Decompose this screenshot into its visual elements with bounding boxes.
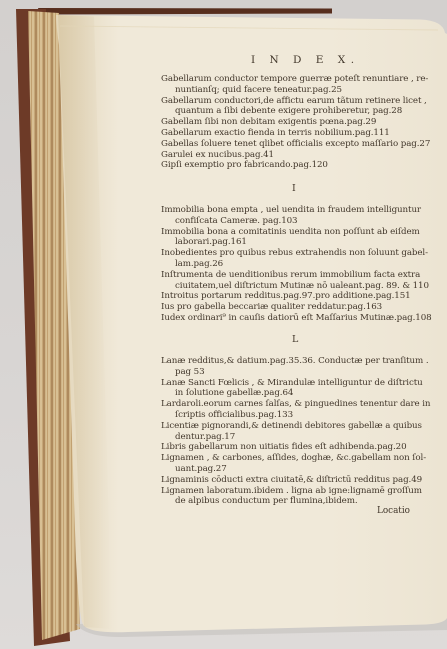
index-entry-line: dentur.pag.17 bbox=[175, 432, 235, 442]
index-entry-line: ciuitatem,uel diſtrictum Mutinæ nō ualea… bbox=[175, 281, 429, 291]
section-letter-header: L bbox=[292, 334, 298, 345]
page-text: I N D E X. Gabellarum conductor tempore … bbox=[0, 0, 447, 649]
index-entry-line: Gipſi exemptio pro fabricando.pag.120 bbox=[161, 160, 328, 170]
index-entry-line: nuntianſq; quid facere teneatur.pag.25 bbox=[175, 85, 342, 95]
index-entry-line: ſcriptis officialibus.pag.133 bbox=[175, 410, 293, 420]
book-photo: I N D E X. Gabellarum conductor tempore … bbox=[0, 0, 447, 649]
index-entry-line: Immobilia bona empta , uel uendita in fr… bbox=[161, 205, 421, 215]
index-entry-line: uant.pag.27 bbox=[175, 464, 227, 474]
index-entry-line: lam.pag.26 bbox=[175, 259, 223, 269]
index-entry-line: Inſtrumenta de uenditionibus rerum immob… bbox=[161, 270, 420, 280]
index-entry-line: Libris gabellarum non uitiatis fides eſt… bbox=[161, 442, 407, 452]
index-entry-line: Licentiæ pignorandi,& detinendi debitore… bbox=[161, 421, 422, 431]
index-entry-line: Gabellas ſoluere tenet qlibet officialis… bbox=[161, 139, 430, 149]
index-entry-line: Introitus portarum redditus.pag.97.pro a… bbox=[161, 291, 411, 301]
index-entry-line: Gabellarum exactio fienda in terris nobi… bbox=[161, 128, 390, 138]
index-entry-line: Gabellarum conductor tempore guerræ pote… bbox=[161, 74, 428, 84]
index-entry-line: de alpibus conductum per flumina,ibidem. bbox=[175, 496, 358, 506]
section-letter-header: I bbox=[292, 183, 296, 194]
index-entry-line: quantum a ſibi debente exigere prohibere… bbox=[175, 106, 402, 116]
index-entry-line: Lanæ redditus,& datium.pag.35.36. Conduc… bbox=[161, 356, 429, 366]
index-entry-line: Lignamen laboratum.ibidem . ligna ab ign… bbox=[161, 486, 422, 496]
index-entry-line: Gabellam ſibi non debitam exigentis pœna… bbox=[161, 117, 376, 127]
index-entry-line: Lignaminis cōducti extra ciuitatē,& diſt… bbox=[161, 475, 422, 485]
index-entry-line: Iudex ordinari⁹ in cauſis datiorū eſt Ma… bbox=[161, 313, 432, 323]
index-entry-line: Lignamen , & carbones, aſſides, doghæ, &… bbox=[161, 453, 426, 463]
index-entry-line: laborari.pag.161 bbox=[175, 237, 247, 247]
index-entry-line: Lanæ Sancti Fœlicis , & Mirandulæ intell… bbox=[161, 378, 423, 388]
index-entry-line: Lardaroli.eorum carnes ſalſas, & pingued… bbox=[161, 399, 430, 409]
index-entry-line: in ſolutione gabellæ.pag.64 bbox=[175, 388, 293, 398]
index-entry-line: Gabellarum conductori,de affictu earum t… bbox=[161, 96, 427, 106]
index-entry-line: Ius pro gabella beccariæ qualiter reddat… bbox=[161, 302, 382, 312]
index-entry-line: confiſcata Cameræ. pag.103 bbox=[175, 216, 297, 226]
index-entry-line: Garulei ex nucibus.pag.41 bbox=[161, 150, 274, 160]
catchword: Locatio bbox=[377, 506, 410, 516]
index-entry-line: Inobedientes pro quibus rebus extrahendi… bbox=[161, 248, 428, 258]
index-entry-line: pag 53 bbox=[175, 367, 205, 377]
index-title: I N D E X. bbox=[251, 54, 360, 66]
index-entry-line: Immobilia bona a comitatinis uendita non… bbox=[161, 227, 420, 237]
